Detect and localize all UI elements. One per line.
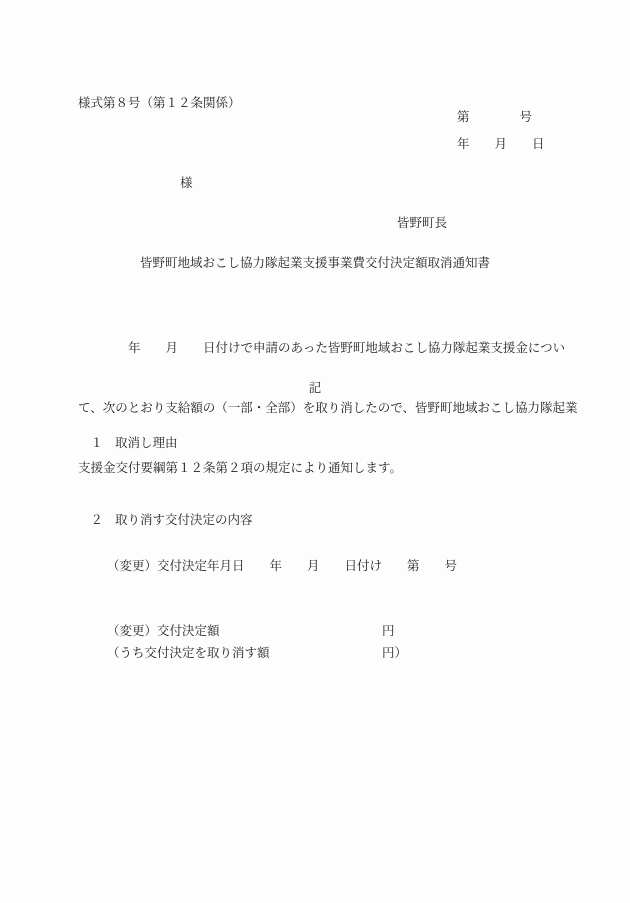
document-date-blank: 年 月 日 xyxy=(457,137,545,152)
document-title: 皆野町地域おこし協力隊起業支援事業費交付決定額取消通知書 xyxy=(0,256,630,271)
document-number-blank: 第 号 xyxy=(457,110,532,125)
section-2: ２取り消す交付決定の内容 xyxy=(78,498,253,543)
decision-amount-unit: 円 xyxy=(382,624,395,639)
section-2-label: 取り消す交付決定の内容 xyxy=(115,513,253,528)
body-paragraph: 年 月 日付けで申請のあった皆野町地域おこし協力隊起業支援金につい て、次のとお… xyxy=(78,298,580,518)
addressee-honorific: 様 xyxy=(180,176,193,191)
section-1-label: 取消し理由 xyxy=(115,436,178,451)
record-heading: 記 xyxy=(0,381,630,396)
body-line-1: 年 月 日付けで申請のあった皆野町地域おこし協力隊起業支援金につい xyxy=(78,338,580,358)
section-1-number: １ xyxy=(91,436,104,451)
form-number: 様式第８号（第１２条関係） xyxy=(78,96,241,111)
section-2-number: ２ xyxy=(91,513,104,528)
decision-amount-label: （変更）交付決定額 xyxy=(107,624,220,639)
cancel-amount-label: （うち交付決定を取り消す額 xyxy=(107,646,270,661)
body-line-2: て、次のとおり支給額の（一部・全部）を取り消したので、皆野町地域おこし協力隊起業 xyxy=(78,398,580,418)
document-page: 様式第８号（第１２条関係） 第 号 年 月 日 様 皆野町長 皆野町地域おこし協… xyxy=(0,0,630,903)
sender-name: 皆野町長 xyxy=(397,216,447,231)
cancel-amount-unit: 円） xyxy=(382,646,407,661)
decision-date-row: （変更）交付決定年月日 年 月 日付け 第 号 xyxy=(107,559,457,574)
section-1: １取消し理由 xyxy=(78,421,178,466)
